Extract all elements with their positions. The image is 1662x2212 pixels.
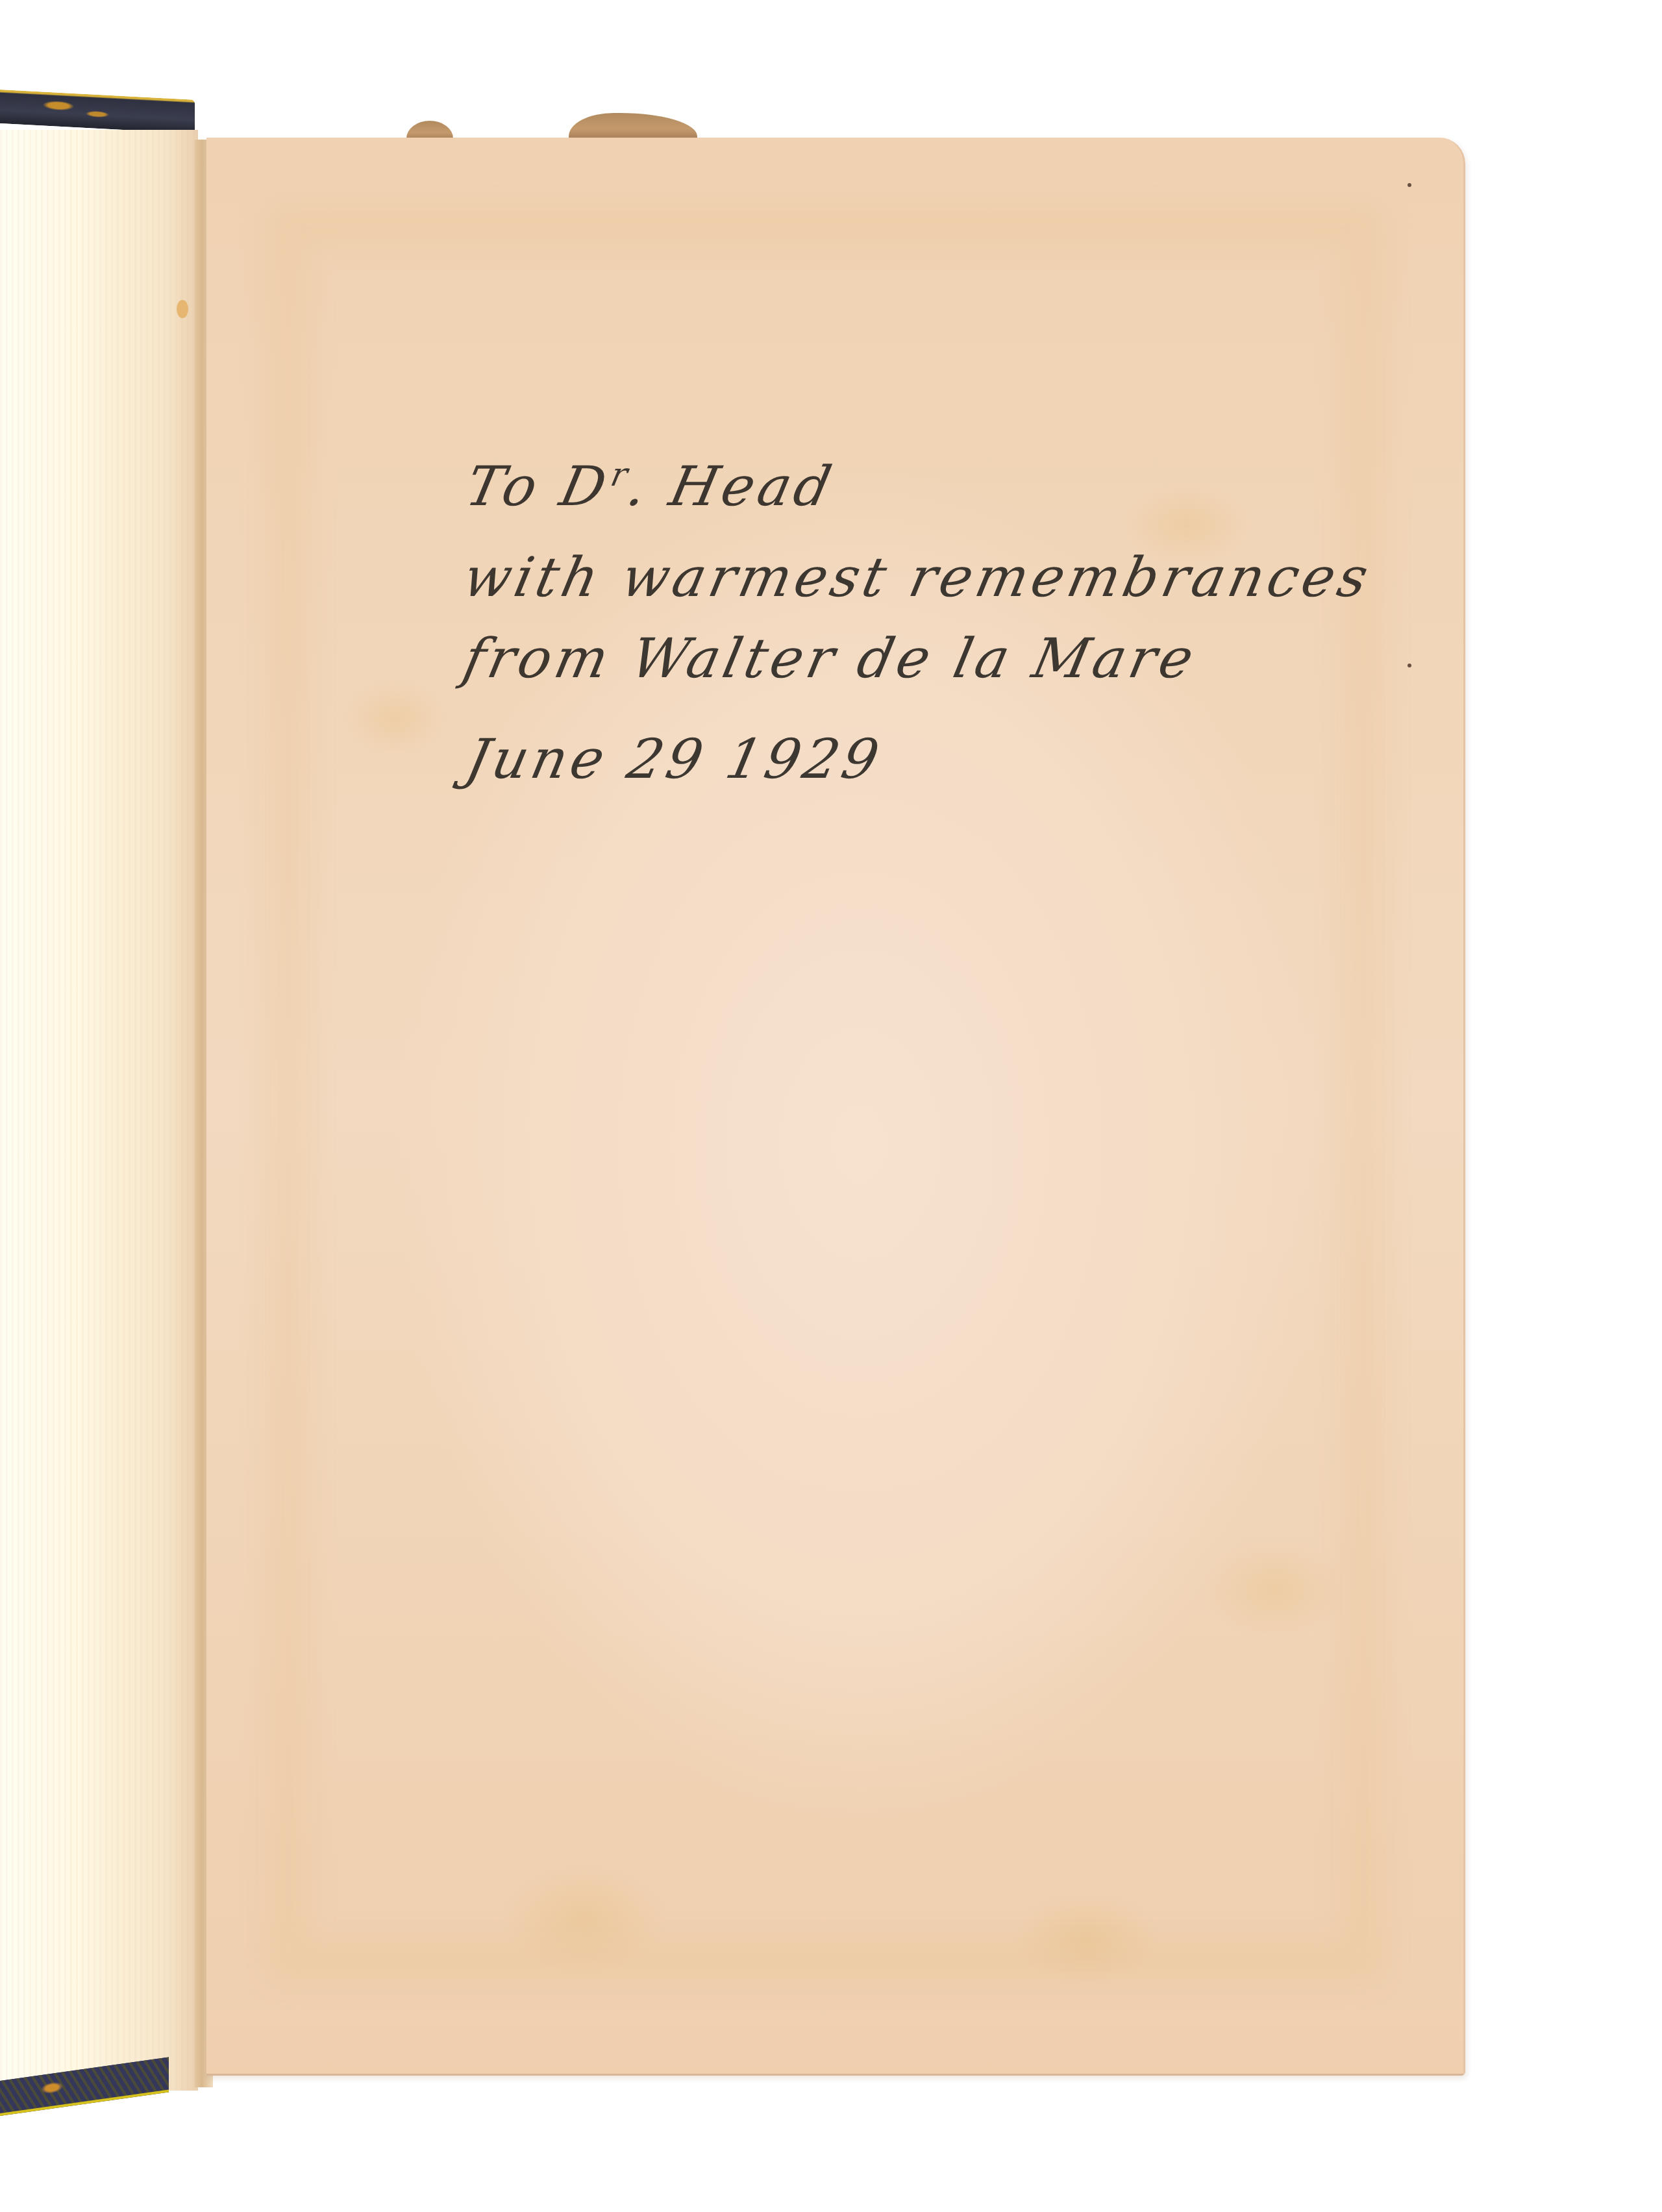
book-photo: To Dr. Head with warmest remembrances fr… <box>0 0 1662 2212</box>
inscription-message: with warmest remembrances <box>458 545 1378 609</box>
recipient-name: . Head <box>622 454 841 518</box>
inscribed-page <box>206 138 1465 2076</box>
page-blemish <box>177 300 188 318</box>
cover-board-top-edge <box>0 90 195 134</box>
recipient-prefix: To D <box>461 454 616 518</box>
left-endpaper <box>0 130 198 2091</box>
page-speck <box>1408 664 1411 667</box>
inscription-date: June 29 1929 <box>461 727 888 791</box>
torn-paper-remnant <box>569 113 697 139</box>
inscription-signature: from Walter de la Mare <box>458 627 1203 690</box>
page-speck <box>1408 183 1411 187</box>
inscription-recipient: To Dr. Head <box>461 454 841 518</box>
